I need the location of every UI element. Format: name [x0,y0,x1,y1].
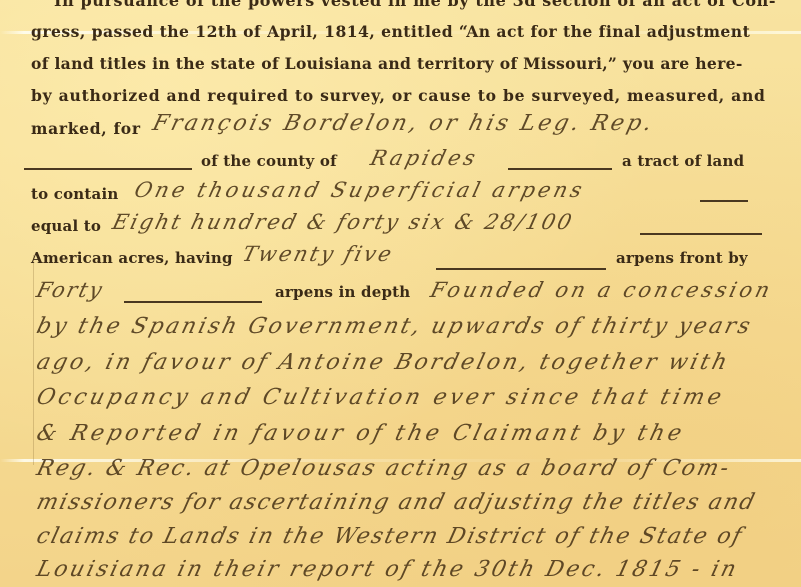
printed-line-2: gress, passed the 12th of April, 1814, e… [31,22,750,41]
printed-line-1: In pursuance of the powers vested in me … [54,0,776,10]
handwritten-area-acres: Eight hundred & forty six & 28/100 [110,210,576,234]
blank-line [124,301,262,303]
blank-line [700,200,748,202]
printed-county-label: of the county of [201,152,337,170]
blank-line [640,233,762,235]
printed-arpens-front-label: arpens front by [616,249,748,267]
handwritten-front-arpens: Twenty five [240,242,396,266]
printed-equal-to-label: equal to [31,217,101,235]
handwritten-claimant-name: François Bordelon, or his Leg. Rep. [150,111,657,136]
printed-tract-label: a tract of land [622,152,744,170]
blank-line [508,168,612,170]
handwritten-line-16: missioners for ascertaining and adjustin… [34,490,759,515]
printed-to-contain-label: to contain [31,185,118,203]
handwritten-line-18: Louisiana in their report of the 30th De… [34,557,741,582]
printed-marked-for-label: marked, for [31,119,141,138]
handwritten-line-14: & Reported in favour of the Claimant by … [34,421,688,446]
handwritten-line-15: Reg. & Rec. at Opelousas acting as a boa… [34,456,733,481]
handwritten-line-11: by the Spanish Government, upwards of th… [34,314,755,339]
handwritten-line-13: Occupancy and Cultivation ever since tha… [34,385,727,410]
blank-line [436,268,606,270]
printed-american-acres-label: American acres, having [31,249,233,267]
printed-line-4: by authorized and required to survey, or… [31,86,766,105]
printed-line-3: of land titles in the state of Louisiana… [31,54,743,73]
handwritten-founded-text: Founded on a concession [428,278,775,302]
handwritten-county-name: Rapides [368,146,481,170]
handwritten-line-12: ago, in favour of Antoine Bordelon, toge… [34,350,732,375]
margin-rule [33,255,34,465]
handwritten-line-17: claims to Lands in the Western District … [34,524,746,549]
blank-line [24,168,192,170]
handwritten-depth-arpens: Forty [34,278,106,302]
printed-arpens-depth-label: arpens in depth [275,283,410,301]
handwritten-area-arpens: One thousand Superficial arpens [132,178,588,202]
